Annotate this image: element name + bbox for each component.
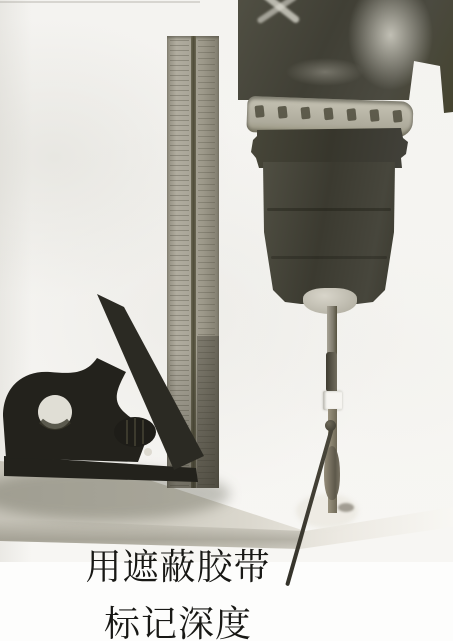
drill-hole-shadow <box>338 503 354 512</box>
figure-caption: 用遮蔽胶带 标记深度 <box>0 542 356 641</box>
drill-bit-flutes <box>326 352 337 392</box>
clutch-mark <box>369 109 379 122</box>
caption-line-2: 标记深度 <box>0 599 356 641</box>
masking-tape-depth-marker <box>323 391 342 410</box>
nut-highlight <box>144 448 152 456</box>
clutch-mark <box>392 110 402 123</box>
nail-head <box>325 420 336 431</box>
clutch-mark <box>346 108 356 121</box>
head-body <box>3 358 150 462</box>
caption-line-1: 用遮蔽胶带 <box>0 542 356 592</box>
chuck-seam <box>267 208 391 211</box>
clutch-mark <box>254 105 264 118</box>
clutch-mark <box>277 106 287 119</box>
photo: 用遮蔽胶带 标记深度 <box>0 0 453 641</box>
chuck-seam <box>271 256 387 259</box>
clutch-mark <box>323 107 333 120</box>
photo-edge-artifact <box>0 1 200 3</box>
clutch-mark <box>300 107 310 120</box>
drill-chuck <box>261 162 397 304</box>
drill-highlight-arc <box>286 58 364 86</box>
combination-square-head <box>0 280 230 510</box>
